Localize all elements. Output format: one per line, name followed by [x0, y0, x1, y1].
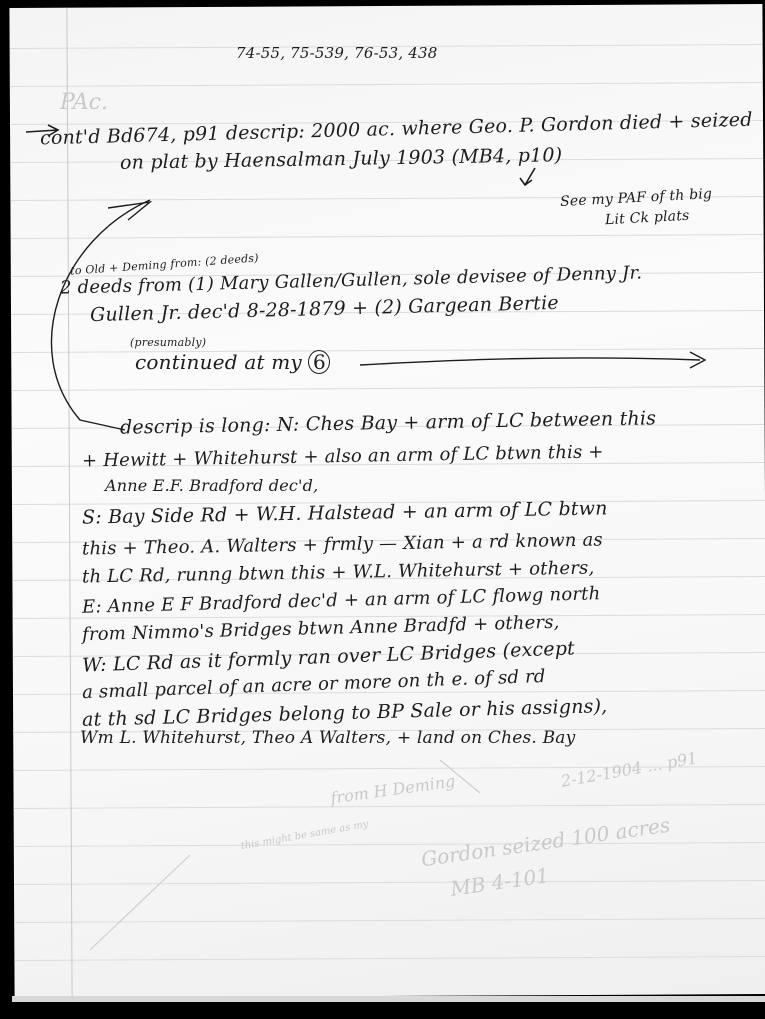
curved-arrow-icon [51, 200, 150, 430]
drawn-arrows [0, 0, 765, 1019]
left-arrow-icon [26, 125, 58, 136]
scanned-page: PAc. Gordon seized 100 acres MB 4-101 fr… [0, 0, 765, 1019]
down-arrow-icon [520, 168, 535, 185]
bleed-arrow-icon [440, 760, 480, 793]
right-arrow-icon [360, 352, 705, 368]
bleed-arrow-icon [90, 855, 190, 950]
